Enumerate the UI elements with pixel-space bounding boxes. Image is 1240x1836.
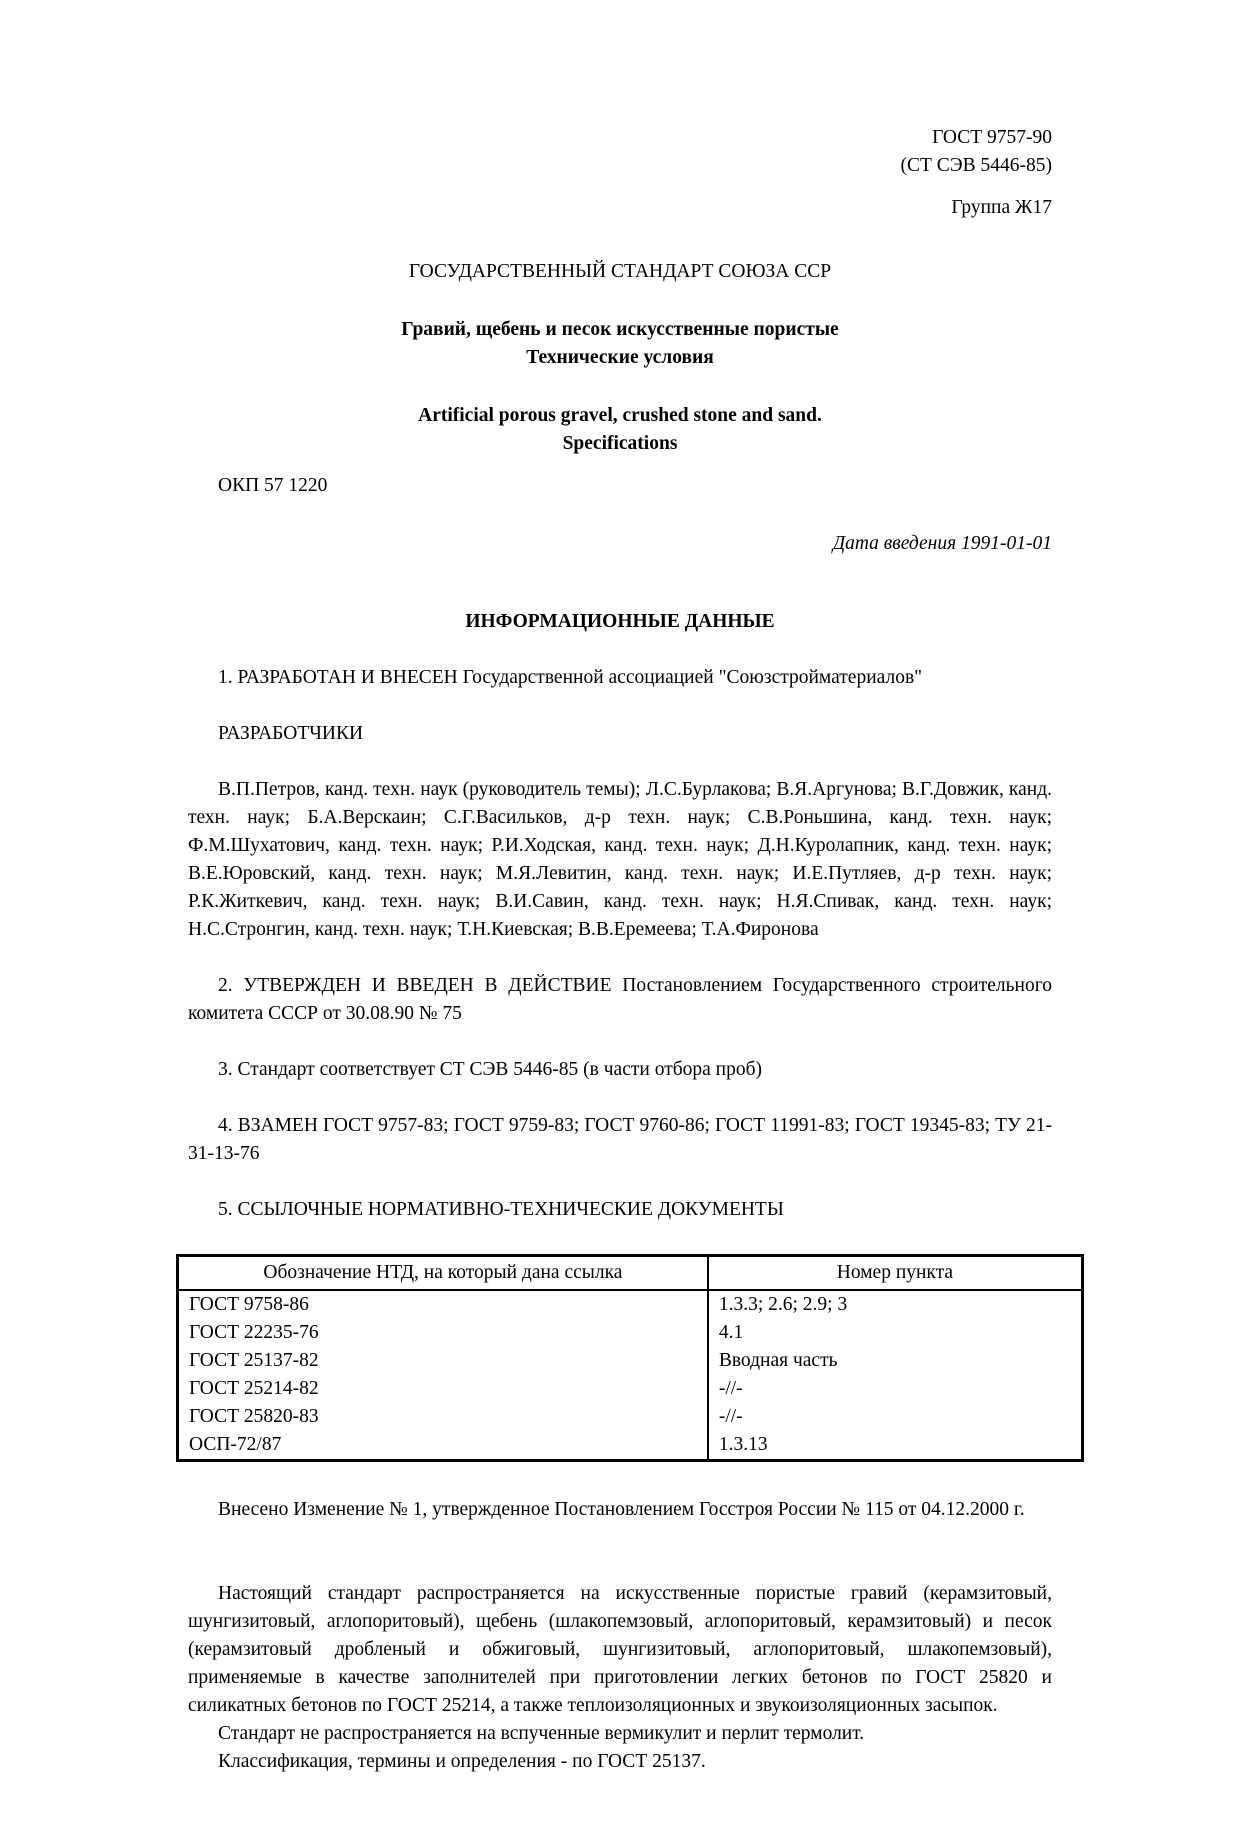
amendment-note: Внесено Изменение № 1, утвержденное Пост… — [188, 1496, 1052, 1524]
table-row: ГОСТ 9758-86 1.3.3; 2.6; 2.9; 3 — [178, 1290, 1083, 1319]
scope-exclusion: Стандарт не распространяется на вспученн… — [188, 1720, 1052, 1748]
title-en-line1: Artificial porous gravel, crushed stone … — [188, 402, 1052, 430]
reference-documents-table: Обозначение НТД, на который дана ссылка … — [176, 1254, 1084, 1462]
table-cell-clause: 4.1 — [708, 1319, 1083, 1347]
developers-label: РАЗРАБОТЧИКИ — [188, 720, 1052, 748]
title-ru-line1: Гравий, щебень и песок искусственные пор… — [188, 316, 1052, 344]
scope-paragraph: Настоящий стандарт распространяется на и… — [188, 1580, 1052, 1720]
table-header-row: Обозначение НТД, на который дана ссылка … — [178, 1256, 1083, 1291]
table-cell-ntd: ОСП-72/87 — [178, 1431, 708, 1461]
table-cell-clause: 1.3.13 — [708, 1431, 1083, 1461]
scope-classification: Классификация, термины и определения - п… — [188, 1748, 1052, 1776]
title-en-line2: Specifications — [188, 430, 1052, 458]
table-cell-clause: -//- — [708, 1375, 1083, 1403]
table-cell-ntd: ГОСТ 22235-76 — [178, 1319, 708, 1347]
doc-number-alt: (СТ СЭВ 5446-85) — [188, 152, 1052, 180]
table-row: ГОСТ 25137-82 Вводная часть — [178, 1347, 1083, 1375]
table-row: ГОСТ 25820-83 -//- — [178, 1403, 1083, 1431]
title-russian: Гравий, щебень и песок искусственные пор… — [188, 316, 1052, 372]
item-3-conformance: 3. Стандарт соответствует СТ СЭВ 5446-85… — [188, 1056, 1052, 1084]
document-page: ГОСТ 9757-90 (СТ СЭВ 5446-85) Группа Ж17… — [0, 0, 1240, 1836]
item-2-approved: 2. УТВЕРЖДЕН И ВВЕДЕН В ДЕЙСТВИЕ Постано… — [188, 972, 1052, 1028]
table-header-clause: Номер пункта — [708, 1256, 1083, 1291]
table-cell-ntd: ГОСТ 9758-86 — [178, 1290, 708, 1319]
standard-type-heading: ГОСУДАРСТВЕННЫЙ СТАНДАРТ СОЮЗА ССР — [188, 258, 1052, 286]
info-data-heading: ИНФОРМАЦИОННЫЕ ДАННЫЕ — [188, 608, 1052, 636]
title-ru-line2: Технические условия — [188, 344, 1052, 372]
table-cell-clause: Вводная часть — [708, 1347, 1083, 1375]
effective-date: Дата введения 1991-01-01 — [188, 530, 1052, 558]
table-row: ГОСТ 22235-76 4.1 — [178, 1319, 1083, 1347]
table-header-ntd: Обозначение НТД, на который дана ссылка — [178, 1256, 708, 1291]
table-row: ГОСТ 25214-82 -//- — [178, 1375, 1083, 1403]
doc-number: ГОСТ 9757-90 — [188, 124, 1052, 152]
table-row: ОСП-72/87 1.3.13 — [178, 1431, 1083, 1461]
okp-code: ОКП 57 1220 — [188, 472, 1052, 500]
doc-number-block: ГОСТ 9757-90 (СТ СЭВ 5446-85) Группа Ж17 — [188, 124, 1052, 222]
item-4-replaces: 4. ВЗАМЕН ГОСТ 9757-83; ГОСТ 9759-83; ГО… — [188, 1112, 1052, 1168]
item-5-reference-docs-heading: 5. ССЫЛОЧНЫЕ НОРМАТИВНО-ТЕХНИЧЕСКИЕ ДОКУ… — [188, 1196, 1052, 1224]
table-cell-ntd: ГОСТ 25214-82 — [178, 1375, 708, 1403]
table-cell-clause: -//- — [708, 1403, 1083, 1431]
doc-group: Группа Ж17 — [188, 194, 1052, 222]
title-english: Artificial porous gravel, crushed stone … — [188, 402, 1052, 458]
table-cell-ntd: ГОСТ 25820-83 — [178, 1403, 708, 1431]
table-cell-ntd: ГОСТ 25137-82 — [178, 1347, 708, 1375]
item-1-developed-by: 1. РАЗРАБОТАН И ВНЕСЕН Государственной а… — [188, 664, 1052, 692]
developers-list: В.П.Петров, канд. техн. наук (руководите… — [188, 776, 1052, 944]
table-cell-clause: 1.3.3; 2.6; 2.9; 3 — [708, 1290, 1083, 1319]
